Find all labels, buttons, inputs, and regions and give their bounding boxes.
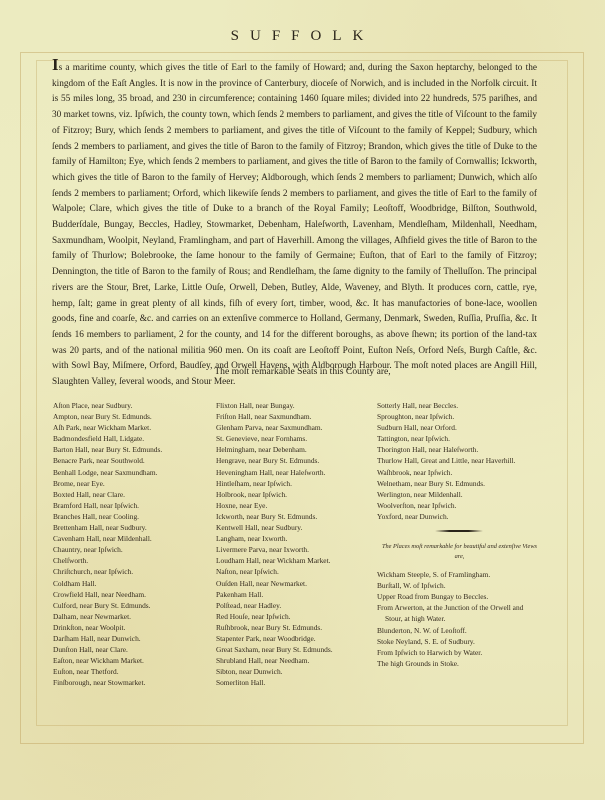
list-item: Aſh Park, near Wickham Market.: [53, 422, 162, 433]
list-item: Chauntry, near Ipſwich.: [53, 544, 162, 555]
list-item: Chriſtchurch, near Ipſwich.: [53, 566, 162, 577]
list-item: Cavenham Hall, near Mildenhall.: [53, 533, 162, 544]
list-item: Branches Hall, near Cooling.: [53, 511, 162, 522]
list-item: Ickworth, near Bury St. Edmunds.: [216, 511, 333, 522]
list-item: Sibton, near Dunwich.: [216, 666, 333, 677]
page-title: SUFFOLK: [0, 28, 605, 45]
list-item: Benhall Lodge, near Saxmundham.: [53, 467, 162, 478]
list-item: Welnetham, near Bury St. Edmunds.: [377, 478, 542, 489]
list-item: Flixton Hall, near Bungay.: [216, 400, 333, 411]
views-list: Wickham Steeple, S. of Framlingham.Burſt…: [377, 569, 542, 669]
list-item: Waſhbrook, near Ipſwich.: [377, 467, 542, 478]
list-item: Ampton, near Bury St. Edmunds.: [53, 411, 162, 422]
list-item: Stapenter Park, near Woodbridge.: [216, 633, 333, 644]
list-item: Heveningham Hall, near Haleſworth.: [216, 467, 333, 478]
list-item: Sudburn Hall, near Orford.: [377, 422, 542, 433]
list-item: Great Saxham, near Bury St. Edmunds.: [216, 644, 333, 655]
list-item: Werlington, near Mildenhall.: [377, 489, 542, 500]
list-item: Ruſhbrook, near Bury St. Edmunds.: [216, 622, 333, 633]
list-item: Bramford Hall, near Ipſwich.: [53, 500, 162, 511]
list-item: Aſton Place, near Sudbury.: [53, 400, 162, 411]
divider-rule: [435, 530, 483, 532]
list-item: Brome, near Eye.: [53, 478, 162, 489]
list-item: Pakenham Hall.: [216, 589, 333, 600]
list-item: Finſborough, near Stowmarket.: [53, 677, 162, 688]
list-item: From Ipſwich to Harwich by Water.: [377, 647, 542, 658]
drop-cap: I: [52, 55, 59, 74]
list-item: Yoxford, near Dunwich.: [377, 511, 542, 522]
list-item: Friſton Hall, near Saxmundham.: [216, 411, 333, 422]
list-item: Helmingham, near Debenham.: [216, 444, 333, 455]
list-item: Badmondesfield Hall, Lidgate.: [53, 433, 162, 444]
list-item: St. Genevieve, near Fornhams.: [216, 433, 333, 444]
list-item: Wickham Steeple, S. of Framlingham.: [377, 569, 542, 580]
list-item: Euſton, near Thetford.: [53, 666, 162, 677]
list-item: Somerliton Hall.: [216, 677, 333, 688]
list-item: Crowfield Hall, near Needham.: [53, 589, 162, 600]
seats-heading: The moſt remarkable Seats in this County…: [0, 366, 605, 377]
list-item: Ouſden Hall, near Newmarket.: [216, 578, 333, 589]
intro-paragraph: Is a maritime county, which gives the ti…: [52, 60, 537, 391]
list-item: Burſtall, W. of Ipſwich.: [377, 580, 542, 591]
list-item: Loudham Hall, near Wickham Market.: [216, 555, 333, 566]
list-item: The high Grounds in Stoke.: [377, 658, 542, 669]
list-item: Blunderton, N. W. of Leoſtoff.: [377, 625, 542, 636]
list-item: Coldham Hall.: [53, 578, 162, 589]
list-item: Eaſton, near Wickham Market.: [53, 655, 162, 666]
list-item: Langham, near Ixworth.: [216, 533, 333, 544]
list-item: Hintleſham, near Ipſwich.: [216, 478, 333, 489]
list-item: Shrubland Hall, near Needham.: [216, 655, 333, 666]
seats-column-3: Sotterly Hall, near Beccles.Sproughton, …: [377, 400, 542, 669]
list-item: Barton Hall, near Bury St. Edmunds.: [53, 444, 162, 455]
list-item: From Arwerton, at the Junction of the Or…: [377, 602, 542, 613]
seats-column-1: Aſton Place, near Sudbury.Ampton, near B…: [53, 400, 162, 688]
intro-text: s a maritime county, which gives the tit…: [52, 63, 537, 387]
list-item: Livermere Parva, near Ixworth.: [216, 544, 333, 555]
list-item: Polſtead, near Hadley.: [216, 600, 333, 611]
list-item: Dalham, near Newmarket.: [53, 611, 162, 622]
list-item: Stour, at high Water.: [377, 613, 542, 624]
list-item: Naſton, near Ipſwich.: [216, 566, 333, 577]
list-item: Red Houſe, near Ipſwich.: [216, 611, 333, 622]
list-item: Dunſton Hall, near Clare.: [53, 644, 162, 655]
list-item: Holbrook, near Ipſwich.: [216, 489, 333, 500]
list-item: Glenham Parva, near Saxmundham.: [216, 422, 333, 433]
list-item: Kentwell Hall, near Sudbury.: [216, 522, 333, 533]
list-item: Drinkſton, near Woolpit.: [53, 622, 162, 633]
list-item: Boxted Hall, near Clare.: [53, 489, 162, 500]
list-item: Darſham Hall, near Dunwich.: [53, 633, 162, 644]
list-item: Brettenham Hall, near Sudbury.: [53, 522, 162, 533]
list-item: Benacre Park, near Southwold.: [53, 455, 162, 466]
views-heading: The Places moſt remarkable for beautiful…: [377, 542, 542, 561]
list-item: Woolverſton, near Ipſwich.: [377, 500, 542, 511]
list-item: Chelſworth.: [53, 555, 162, 566]
list-item: Culford, near Bury St. Edmunds.: [53, 600, 162, 611]
list-item: Sproughton, near Ipſwich.: [377, 411, 542, 422]
list-item: Thurlow Hall, Great and Little, near Hav…: [377, 455, 542, 466]
list-item: Tattington, near Ipſwich.: [377, 433, 542, 444]
seats-column-3-list: Sotterly Hall, near Beccles.Sproughton, …: [377, 400, 542, 522]
list-item: Hengrave, near Bury St. Edmunds.: [216, 455, 333, 466]
list-item: Stoke Neyland, S. E. of Sudbury.: [377, 636, 542, 647]
list-item: Thorington Hall, near Haleſworth.: [377, 444, 542, 455]
seats-column-2: Flixton Hall, near Bungay.Friſton Hall, …: [216, 400, 333, 688]
list-item: Sotterly Hall, near Beccles.: [377, 400, 542, 411]
list-item: Hoxne, near Eye.: [216, 500, 333, 511]
list-item: Upper Road from Bungay to Beccles.: [377, 591, 542, 602]
